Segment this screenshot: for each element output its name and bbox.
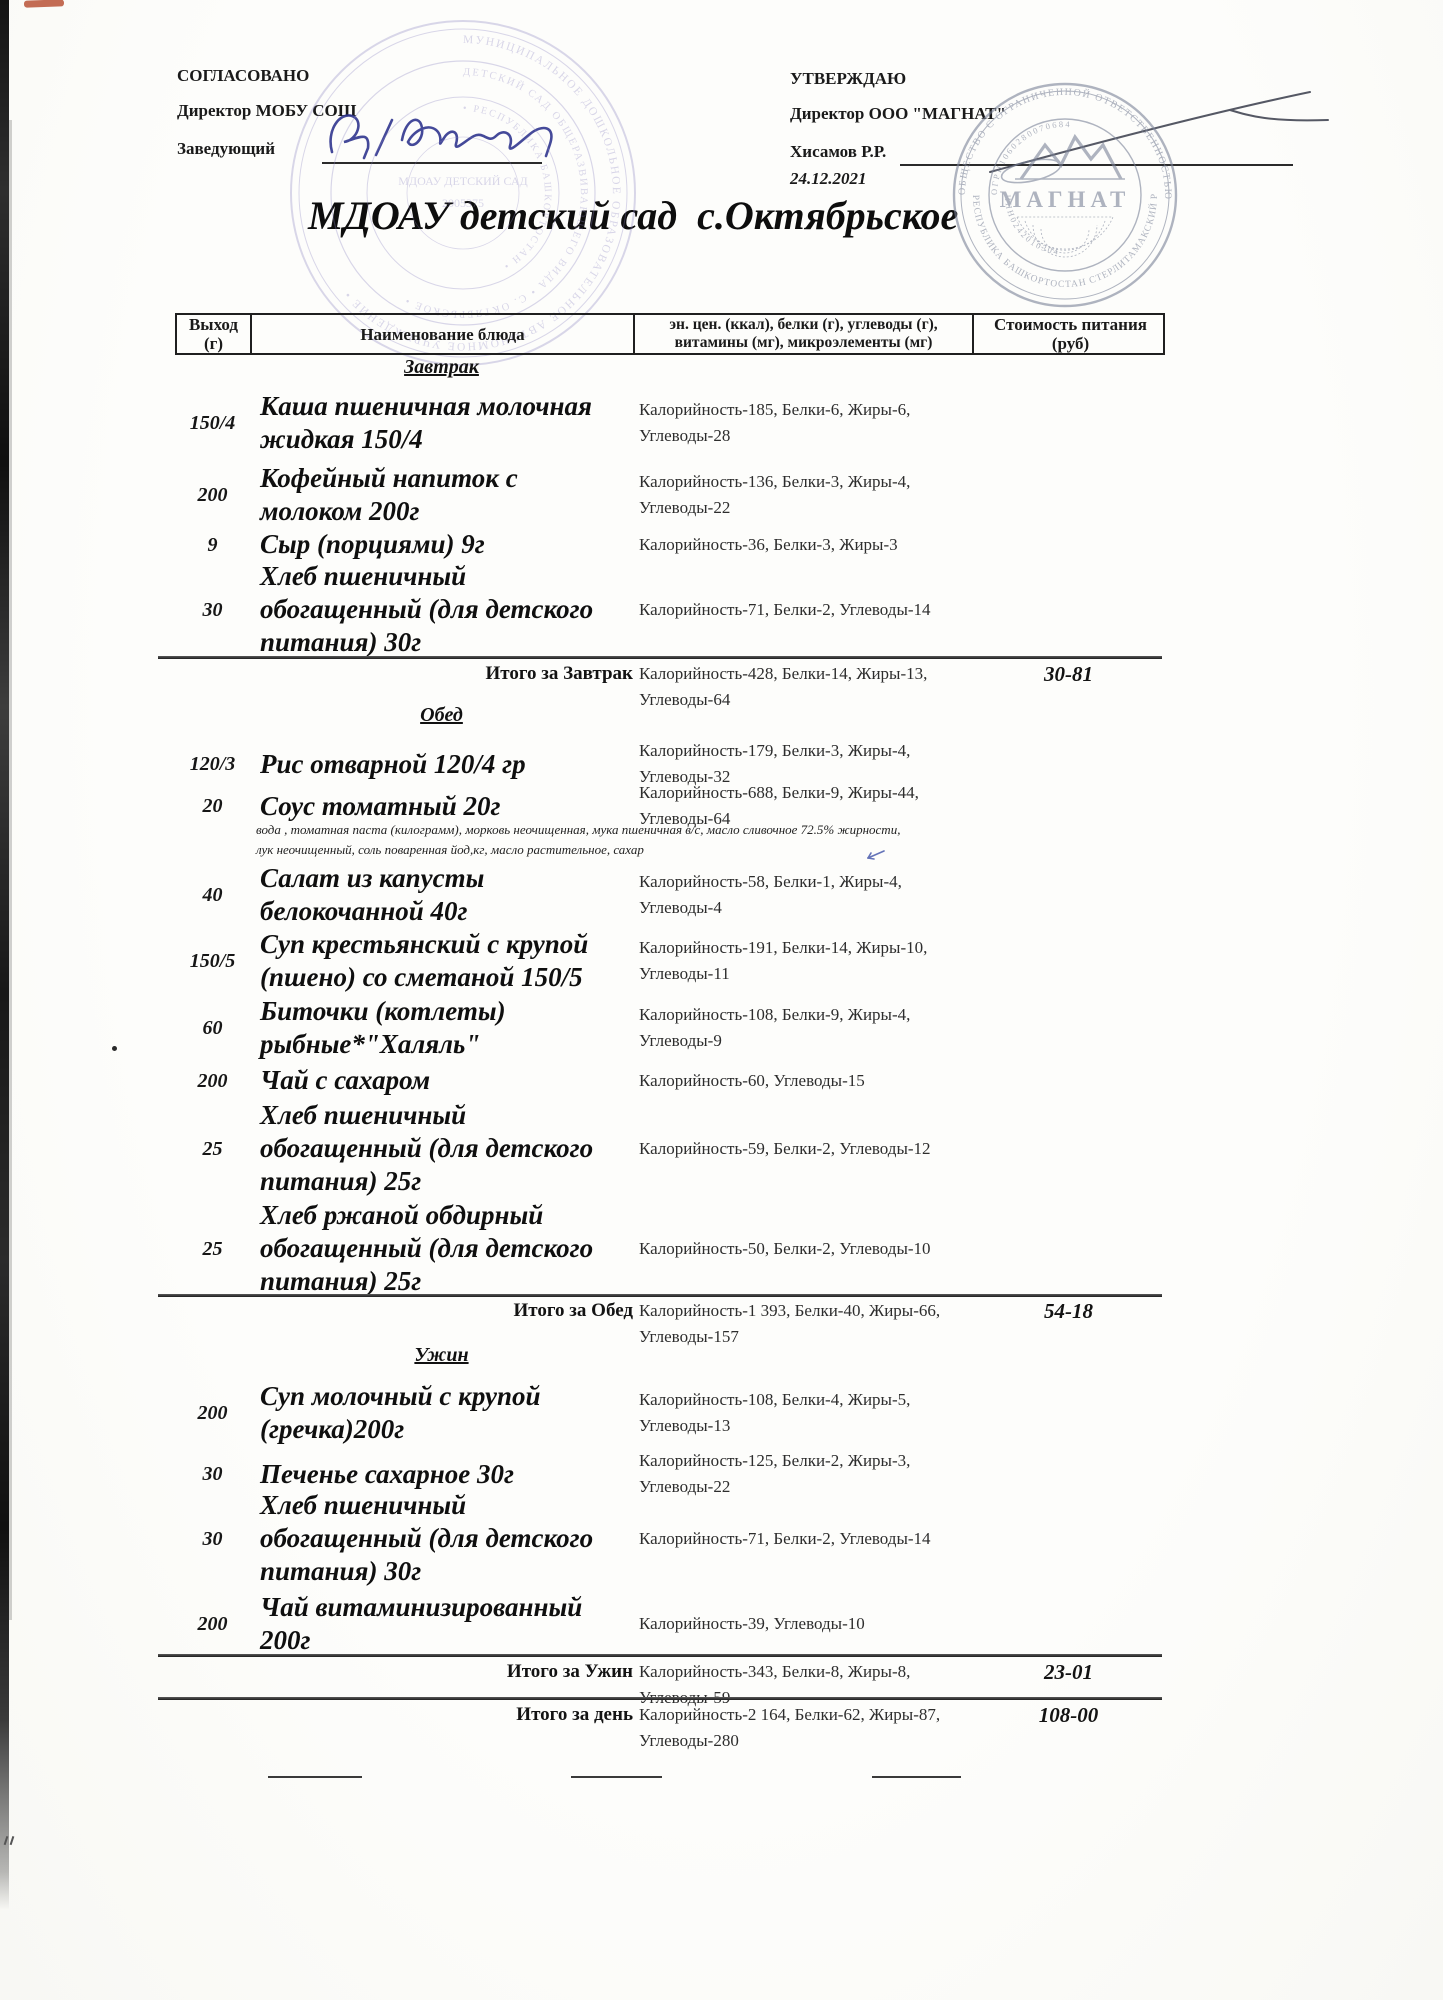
magnat-stamp-name: МАГНАТ xyxy=(1000,187,1131,212)
table-row: 200 Кофейный напиток с молоком 200г Кало… xyxy=(175,462,1165,528)
scanned-menu-page: СОГЛАСОВАНО Директор МОБУ СОШ Заведующий… xyxy=(0,0,1443,2000)
dish-nutrition: Калорийность-50, Белки-2, Углеводы-10 xyxy=(633,1236,972,1262)
total-nutrition: Калорийность-428, Белки-14, Жиры-13, Угл… xyxy=(633,661,972,713)
signature-blank-3 xyxy=(872,1776,961,1778)
dish-amount: 40 xyxy=(175,883,250,907)
dish-nutrition: Калорийность-108, Белки-9, Жиры-4, Углев… xyxy=(633,1002,972,1054)
dish-name: Кофейный напиток с молоком 200г xyxy=(250,462,633,528)
approved-label: УТВЕРЖДАЮ xyxy=(790,69,906,89)
svg-text:И Н Н 0 2 4 2 0 1 0 3 0 4: И Н Н 0 2 4 2 0 1 0 3 0 4 xyxy=(1003,195,1059,257)
head-label: Заведующий xyxy=(177,139,275,159)
table-row: 200 Суп молочный с крупой (гречка)200г К… xyxy=(175,1380,1165,1446)
dish-amount: 200 xyxy=(175,483,250,507)
table-row: 25 Хлеб пшеничный обогащенный (для детск… xyxy=(175,1099,1165,1198)
dish-amount: 25 xyxy=(175,1137,250,1161)
dish-name: Суп крестьянский с крупой (пшено) со сме… xyxy=(250,928,633,994)
dish-amount: 30 xyxy=(175,598,250,622)
total-nutrition: Калорийность-2 164, Белки-62, Жиры-87, У… xyxy=(633,1702,972,1754)
table-row: 60 Биточки (котлеты) рыбные*"Халяль" Кал… xyxy=(175,995,1165,1061)
day-total-row: Итого за день Калорийность-2 164, Белки-… xyxy=(175,1702,1165,1754)
dish-name: Хлеб пшеничный обогащенный (для детского… xyxy=(250,1099,633,1198)
dish-nutrition: Калорийность-191, Белки-14, Жиры-10, Угл… xyxy=(633,935,972,987)
dish-name: Хлеб ржаной обдирный обогащенный (для де… xyxy=(250,1199,633,1298)
total-label: Итого за день xyxy=(250,1702,633,1728)
scan-edge-artifact-2 xyxy=(9,120,12,1620)
edge-scribble xyxy=(5,1836,19,1846)
dish-nutrition: Калорийность-60, Углеводы-15 xyxy=(633,1068,972,1094)
col-header-dish: Наименование блюда xyxy=(252,315,635,353)
agreed-label: СОГЛАСОВАНО xyxy=(177,66,309,86)
dish-name: Печенье сахарное 30г xyxy=(250,1458,633,1491)
table-row: 30 Хлеб пшеничный обогащенный (для детск… xyxy=(175,560,1165,659)
col-header-nutrition: эн. цен. (ккал), белки (г), углеводы (г)… xyxy=(635,315,974,353)
section-divider xyxy=(158,1697,1162,1700)
dish-nutrition: Калорийность-71, Белки-2, Углеводы-14 xyxy=(633,597,972,623)
dish-nutrition: Калорийность-59, Белки-2, Углеводы-12 xyxy=(633,1136,972,1162)
total-label: Итого за Ужин xyxy=(250,1659,633,1685)
dish-amount: 120/3 xyxy=(175,752,250,776)
dish-amount: 25 xyxy=(175,1237,250,1261)
magnat-stamp-inn: И Н Н 0 2 4 2 0 1 0 3 0 4 xyxy=(1003,195,1059,257)
approval-date: 24.12.2021 xyxy=(790,169,867,189)
approved-role: Директор ООО "МАГНАТ" xyxy=(790,104,1006,124)
col-header-cost: Стоимость питания (руб) xyxy=(974,315,1167,353)
total-price: 23-01 xyxy=(972,1659,1165,1685)
table-row: 150/4 Каша пшеничная молочная жидкая 150… xyxy=(175,390,1165,456)
section-divider xyxy=(158,1654,1162,1657)
lunch-total-row: Итого за Обед Калорийность-1 393, Белки-… xyxy=(175,1298,1165,1350)
signature-blank-1 xyxy=(268,1776,362,1778)
table-row: 25 Хлеб ржаной обдирный обогащенный (для… xyxy=(175,1199,1165,1298)
dish-nutrition: Калорийность-58, Белки-1, Жиры-4, Углево… xyxy=(633,869,972,921)
dish-nutrition: Калорийность-108, Белки-4, Жиры-5, Углев… xyxy=(633,1387,972,1439)
dish-nutrition: Калорийность-185, Белки-6, Жиры-6, Углев… xyxy=(633,397,972,449)
ingredients-note: вода , томатная паста (килограмм), морко… xyxy=(256,820,956,860)
section-divider xyxy=(158,656,1162,659)
dish-amount: 20 xyxy=(175,794,250,818)
page-title: МДОАУ детский сад с.Октябрьское xyxy=(308,194,958,238)
total-label: Итого за Обед xyxy=(250,1298,633,1324)
dish-name: Салат из капусты белокочанной 40г xyxy=(250,862,633,928)
dish-amount: 9 xyxy=(175,533,250,557)
total-price: 108-00 xyxy=(972,1702,1165,1728)
right-signature-ink xyxy=(980,80,1340,180)
stray-dot xyxy=(112,1046,117,1051)
dish-nutrition: Калорийность-136, Белки-3, Жиры-4, Углев… xyxy=(633,469,972,521)
table-row: 200 Чай с сахаром Калорийность-60, Углев… xyxy=(175,1064,1165,1097)
dish-nutrition: Калорийность-71, Белки-2, Углеводы-14 xyxy=(633,1526,972,1552)
dish-amount: 200 xyxy=(175,1612,250,1636)
dish-amount: 30 xyxy=(175,1462,250,1486)
school-stamp-center: МДОАУ ДЕТСКИЙ САД xyxy=(398,174,527,188)
total-price: 30-81 xyxy=(972,661,1165,687)
dish-name: Сыр (порциями) 9г xyxy=(250,528,633,561)
dish-name: Каша пшеничная молочная жидкая 150/4 xyxy=(250,390,633,456)
dish-nutrition: Калорийность-36, Белки-3, Жиры-3 xyxy=(633,532,972,558)
blue-pen-mark xyxy=(862,848,888,862)
dish-nutrition: Калорийность-39, Углеводы-10 xyxy=(633,1611,972,1637)
dish-name: Чай с сахаром xyxy=(250,1064,633,1097)
dish-name: Биточки (котлеты) рыбные*"Халяль" xyxy=(250,995,633,1061)
signature-blank-2 xyxy=(571,1776,662,1778)
section-label: Ужин xyxy=(414,1344,468,1366)
dish-name: Хлеб пшеничный обогащенный (для детского… xyxy=(250,560,633,659)
scan-corner-mark xyxy=(24,0,64,8)
table-row: 30 Хлеб пшеничный обогащенный (для детск… xyxy=(175,1489,1165,1588)
left-signature-ink xyxy=(318,100,568,170)
section-label: Обед xyxy=(420,704,463,726)
section-breakfast: Завтрак xyxy=(250,356,633,379)
dish-amount: 150/5 xyxy=(175,949,250,973)
table-row: 150/5 Суп крестьянский с крупой (пшено) … xyxy=(175,928,1165,994)
dish-amount: 60 xyxy=(175,1016,250,1040)
dish-name: Рис отварной 120/4 гр xyxy=(250,748,633,781)
total-nutrition: Калорийность-1 393, Белки-40, Жиры-66, У… xyxy=(633,1298,972,1350)
section-label: Завтрак xyxy=(404,356,479,378)
section-divider xyxy=(158,1294,1162,1297)
scan-edge-artifact xyxy=(0,0,9,1910)
dish-amount: 150/4 xyxy=(175,411,250,435)
dish-name: Суп молочный с крупой (гречка)200г xyxy=(250,1380,633,1446)
dish-name: Хлеб пшеничный обогащенный (для детского… xyxy=(250,1489,633,1588)
table-row: 200 Чай витаминизированный 200г Калорийн… xyxy=(175,1591,1165,1657)
dish-amount: 200 xyxy=(175,1069,250,1093)
approver-name: Хисамов Р.Р. xyxy=(790,142,886,162)
section-lunch: Обед xyxy=(250,704,633,727)
table-row: 9 Сыр (порциями) 9г Калорийность-36, Бел… xyxy=(175,528,1165,561)
total-price: 54-18 xyxy=(972,1298,1165,1324)
section-dinner: Ужин xyxy=(250,1344,633,1367)
dish-name: Соус томатный 20г xyxy=(250,790,633,823)
table-row: 40 Салат из капусты белокочанной 40г Кал… xyxy=(175,862,1165,928)
total-label: Итого за Завтрак xyxy=(250,661,633,687)
dish-amount: 30 xyxy=(175,1527,250,1551)
table-header: Выход (г) Наименование блюда эн. цен. (к… xyxy=(175,313,1165,355)
col-header-output: Выход (г) xyxy=(177,315,252,353)
dish-name: Чай витаминизированный 200г xyxy=(250,1591,633,1657)
dish-amount: 200 xyxy=(175,1401,250,1425)
